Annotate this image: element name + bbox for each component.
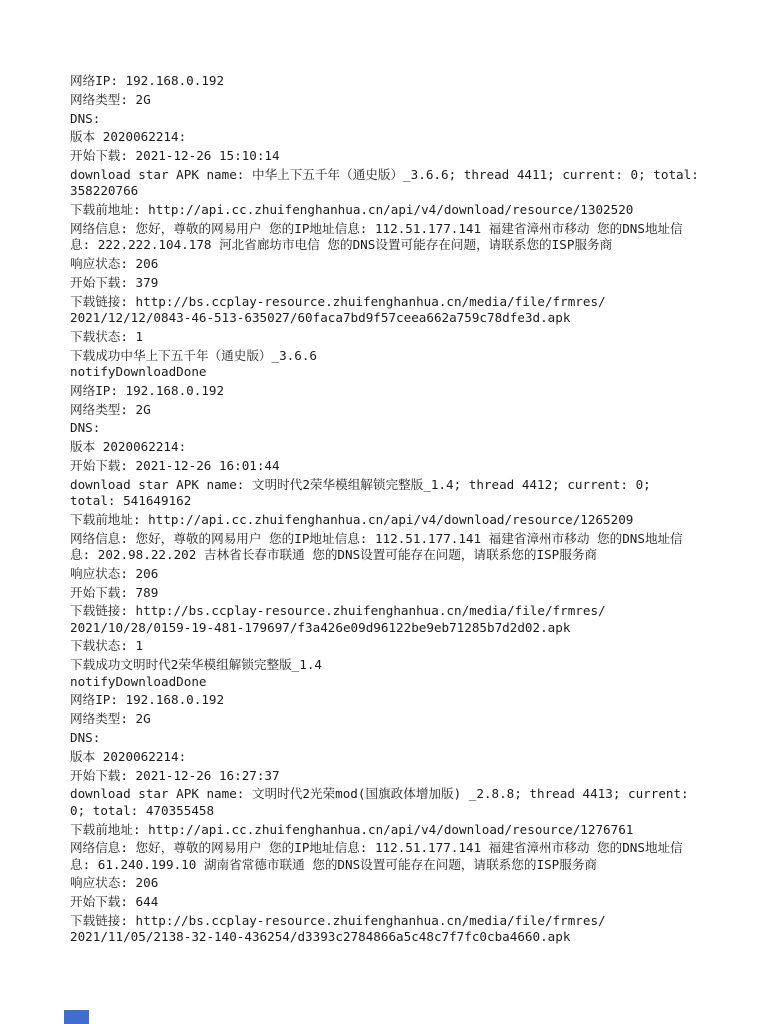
- log-line: 息: 222.222.104.178 河北省廊坊市电信 您的DNS设置可能存在问…: [70, 237, 718, 253]
- log-paragraph: download star APK name: 文明时代2光荣mod(国旗政体增…: [70, 786, 718, 819]
- log-paragraph: 响应状态: 206: [70, 256, 718, 272]
- log-document-page: 网络IP: 192.168.0.192网络类型: 2GDNS:版本 202006…: [0, 0, 768, 1024]
- log-paragraph: 下载链接: http://bs.ccplay-resource.zhuifeng…: [70, 294, 718, 327]
- log-line: 下载状态: 1: [70, 329, 718, 345]
- log-line: 下载链接: http://bs.ccplay-resource.zhuifeng…: [70, 603, 718, 619]
- log-line: DNS:: [70, 111, 718, 127]
- log-line: 版本 2020062214:: [70, 129, 718, 145]
- log-line: 网络IP: 192.168.0.192: [70, 383, 718, 399]
- log-line: 网络IP: 192.168.0.192: [70, 73, 718, 89]
- log-paragraph: 开始下载: 2021-12-26 15:10:14: [70, 148, 718, 164]
- log-line: 响应状态: 206: [70, 566, 718, 582]
- log-line: 版本 2020062214:: [70, 749, 718, 765]
- log-paragraph: 下载链接: http://bs.ccplay-resource.zhuifeng…: [70, 913, 718, 946]
- log-paragraph: 网络类型: 2G: [70, 711, 718, 727]
- log-paragraph: 网络类型: 2G: [70, 92, 718, 108]
- log-paragraph: 版本 2020062214:: [70, 439, 718, 455]
- log-paragraph: 开始下载: 2021-12-26 16:27:37: [70, 768, 718, 784]
- log-paragraph: 响应状态: 206: [70, 875, 718, 891]
- log-paragraph: 版本 2020062214:: [70, 129, 718, 145]
- log-paragraph: 网络类型: 2G: [70, 402, 718, 418]
- log-paragraph: 网络IP: 192.168.0.192: [70, 383, 718, 399]
- log-line: notifyDownloadDone: [70, 674, 718, 690]
- log-line: 网络信息: 您好，尊敬的网易用户 您的IP地址信息: 112.51.177.14…: [70, 221, 718, 237]
- log-line: 下载前地址: http://api.cc.zhuifenghanhua.cn/a…: [70, 202, 718, 218]
- log-paragraph: DNS:: [70, 111, 718, 127]
- log-line: 开始下载: 2021-12-26 16:27:37: [70, 768, 718, 784]
- log-line: 下载成功文明时代2荣华模组解锁完整版_1.4: [70, 657, 718, 673]
- log-paragraph: 下载成功文明时代2荣华模组解锁完整版_1.4notifyDownloadDone: [70, 657, 718, 690]
- log-paragraph: 网络信息: 您好，尊敬的网易用户 您的IP地址信息: 112.51.177.14…: [70, 840, 718, 873]
- download-log-entry-1: 网络IP: 192.168.0.192网络类型: 2GDNS:版本 202006…: [70, 73, 718, 380]
- log-paragraph: download star APK name: 中华上下五千年（通史版）_3.6…: [70, 167, 718, 200]
- log-paragraph: DNS:: [70, 730, 718, 746]
- log-line: 网络信息: 您好，尊敬的网易用户 您的IP地址信息: 112.51.177.14…: [70, 531, 718, 547]
- log-paragraph: 开始下载: 789: [70, 585, 718, 601]
- download-log-entry-3: 网络IP: 192.168.0.192网络类型: 2GDNS:版本 202006…: [70, 692, 718, 945]
- log-paragraph: 开始下载: 644: [70, 894, 718, 910]
- log-line: 2021/10/28/0159-19-481-179697/f3a426e09d…: [70, 620, 718, 636]
- log-paragraph: 下载链接: http://bs.ccplay-resource.zhuifeng…: [70, 603, 718, 636]
- next-page-link-fragment: [64, 1010, 89, 1024]
- log-line: 下载前地址: http://api.cc.zhuifenghanhua.cn/a…: [70, 512, 718, 528]
- download-log-entry-2: 网络IP: 192.168.0.192网络类型: 2GDNS:版本 202006…: [70, 383, 718, 690]
- log-line: 下载状态: 1: [70, 638, 718, 654]
- log-line: download star APK name: 中华上下五千年（通史版）_3.6…: [70, 167, 718, 183]
- log-line: 开始下载: 379: [70, 275, 718, 291]
- download-log-text: 网络IP: 192.168.0.192网络类型: 2GDNS:版本 202006…: [70, 73, 718, 948]
- log-line: DNS:: [70, 420, 718, 436]
- log-paragraph: 下载前地址: http://api.cc.zhuifenghanhua.cn/a…: [70, 202, 718, 218]
- log-line: DNS:: [70, 730, 718, 746]
- log-paragraph: 下载状态: 1: [70, 329, 718, 345]
- log-paragraph: download star APK name: 文明时代2荣华模组解锁完整版_1…: [70, 477, 718, 510]
- log-line: 开始下载: 2021-12-26 15:10:14: [70, 148, 718, 164]
- log-line: total: 541649162: [70, 493, 718, 509]
- log-paragraph: 响应状态: 206: [70, 566, 718, 582]
- log-paragraph: 开始下载: 2021-12-26 16:01:44: [70, 458, 718, 474]
- log-paragraph: 网络信息: 您好，尊敬的网易用户 您的IP地址信息: 112.51.177.14…: [70, 531, 718, 564]
- log-line: 358220766: [70, 183, 718, 199]
- log-line: 息: 202.98.22.202 吉林省长春市联通 您的DNS设置可能存在问题，…: [70, 547, 718, 563]
- log-paragraph: 下载前地址: http://api.cc.zhuifenghanhua.cn/a…: [70, 512, 718, 528]
- log-line: 2021/12/12/0843-46-513-635027/60faca7bd9…: [70, 310, 718, 326]
- log-line: 网络类型: 2G: [70, 402, 718, 418]
- log-paragraph: 网络IP: 192.168.0.192: [70, 73, 718, 89]
- log-line: 开始下载: 789: [70, 585, 718, 601]
- log-line: 响应状态: 206: [70, 875, 718, 891]
- log-paragraph: 网络信息: 您好，尊敬的网易用户 您的IP地址信息: 112.51.177.14…: [70, 221, 718, 254]
- log-line: 0; total: 470355458: [70, 803, 718, 819]
- log-line: 息: 61.240.199.10 湖南省常德市联通 您的DNS设置可能存在问题，…: [70, 857, 718, 873]
- log-line: 网络类型: 2G: [70, 92, 718, 108]
- log-line: 2021/11/05/2138-32-140-436254/d3393c2784…: [70, 929, 718, 945]
- log-paragraph: DNS:: [70, 420, 718, 436]
- log-line: 网络信息: 您好，尊敬的网易用户 您的IP地址信息: 112.51.177.14…: [70, 840, 718, 856]
- log-paragraph: 网络IP: 192.168.0.192: [70, 692, 718, 708]
- log-line: 版本 2020062214:: [70, 439, 718, 455]
- log-line: 下载前地址: http://api.cc.zhuifenghanhua.cn/a…: [70, 822, 718, 838]
- log-line: 开始下载: 2021-12-26 16:01:44: [70, 458, 718, 474]
- log-line: 下载链接: http://bs.ccplay-resource.zhuifeng…: [70, 913, 718, 929]
- log-line: download star APK name: 文明时代2光荣mod(国旗政体增…: [70, 786, 718, 802]
- log-line: 网络类型: 2G: [70, 711, 718, 727]
- log-paragraph: 下载前地址: http://api.cc.zhuifenghanhua.cn/a…: [70, 822, 718, 838]
- log-line: 下载成功中华上下五千年（通史版）_3.6.6: [70, 348, 718, 364]
- log-paragraph: 下载成功中华上下五千年（通史版）_3.6.6notifyDownloadDone: [70, 348, 718, 381]
- log-line: 开始下载: 644: [70, 894, 718, 910]
- log-line: 响应状态: 206: [70, 256, 718, 272]
- log-line: 网络IP: 192.168.0.192: [70, 692, 718, 708]
- log-paragraph: 开始下载: 379: [70, 275, 718, 291]
- log-paragraph: 下载状态: 1: [70, 638, 718, 654]
- log-line: 下载链接: http://bs.ccplay-resource.zhuifeng…: [70, 294, 718, 310]
- log-line: download star APK name: 文明时代2荣华模组解锁完整版_1…: [70, 477, 718, 493]
- log-line: notifyDownloadDone: [70, 364, 718, 380]
- log-paragraph: 版本 2020062214:: [70, 749, 718, 765]
